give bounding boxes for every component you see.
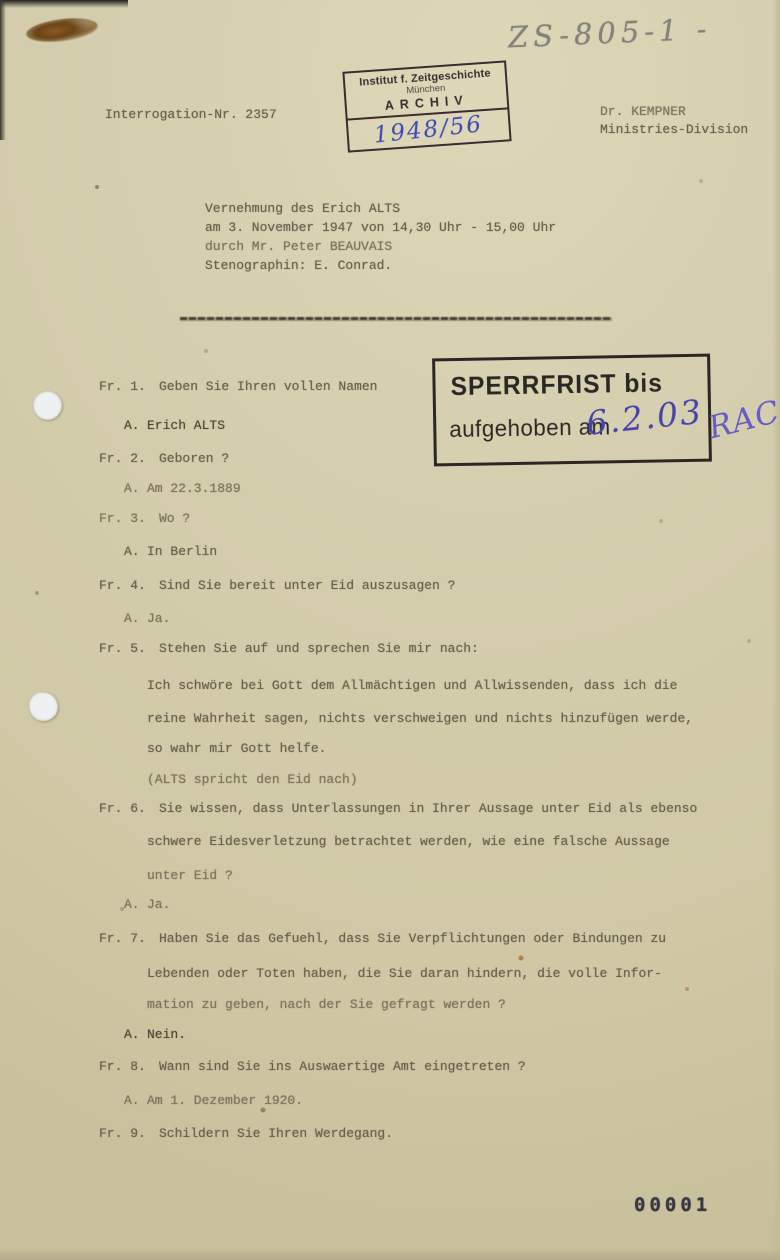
qa-line: A.Ja. bbox=[124, 896, 170, 913]
staple-rust-mark bbox=[25, 15, 99, 46]
sperrfrist-line-1: SPERRFRIST bis bbox=[450, 367, 663, 402]
sperrfrist-stamp: SPERRFRIST bis aufgehoben am 6.2.03 bbox=[432, 354, 712, 467]
archive-stamp: Institut f. Zeitgeschichte München ARCHI… bbox=[342, 60, 511, 152]
divider-line bbox=[180, 317, 612, 320]
scan-edge-bottom bbox=[0, 1248, 780, 1260]
oath-remark: (ALTS spricht den Eid nach) bbox=[147, 771, 358, 788]
question-text: Sie wissen, dass Unterlassungen in Ihrer… bbox=[159, 801, 697, 816]
title-line-1: Vernehmung des Erich ALTS bbox=[205, 200, 556, 219]
question-text: Wann sind Sie ins Auswaertige Amt einget… bbox=[159, 1059, 526, 1074]
answer-label: A. bbox=[124, 543, 147, 560]
shelfmark-handwritten: ZS-805-1 - bbox=[507, 12, 712, 55]
title-line-4: Stenographin: E. Conrad. bbox=[205, 257, 556, 276]
qa-line: Fr. 3.Wo ? bbox=[99, 510, 190, 527]
question-continuation: unter Eid ? bbox=[147, 867, 233, 884]
qa-line: A.Nein. bbox=[124, 1026, 186, 1043]
qa-line: A.Erich ALTS bbox=[124, 417, 225, 434]
answer-text: Am 22.3.1889 bbox=[147, 481, 241, 496]
answer-text: Erich ALTS bbox=[147, 418, 225, 433]
question-text: Geben Sie Ihren vollen Namen bbox=[159, 379, 377, 394]
question-number: Fr. 5. bbox=[99, 640, 159, 657]
qa-line: Fr. 5.Stehen Sie auf und sprechen Sie mi… bbox=[99, 640, 479, 657]
reviewer-initials-handwritten: RAC bbox=[705, 394, 780, 446]
answer-label: A. bbox=[124, 417, 147, 434]
question-continuation: mation zu geben, nach der Sie gefragt we… bbox=[147, 996, 506, 1013]
question-number: Fr. 2. bbox=[99, 450, 159, 467]
question-text: Wo ? bbox=[159, 511, 190, 526]
answer-text: Ja. bbox=[147, 611, 170, 626]
question-text: Geboren ? bbox=[159, 451, 229, 466]
scanned-document-page: ZS-805-1 - Interrogation-Nr. 2357 Dr. KE… bbox=[0, 0, 780, 1260]
qa-line: A.In Berlin bbox=[124, 543, 217, 560]
examiner-division: Ministries-Division bbox=[600, 121, 748, 139]
answer-label: A. bbox=[124, 1026, 147, 1043]
answer-text: Nein. bbox=[147, 1027, 186, 1042]
interrogation-number: Interrogation-Nr. 2357 bbox=[105, 106, 277, 123]
qa-line: Fr. 6.Sie wissen, dass Unterlassungen in… bbox=[99, 800, 697, 817]
answer-label: A. bbox=[124, 610, 147, 627]
page-number-stamp: 00001 bbox=[634, 1194, 711, 1216]
question-number: Fr. 1. bbox=[99, 378, 159, 395]
question-number: Fr. 4. bbox=[99, 577, 159, 594]
question-text: Schildern Sie Ihren Werdegang. bbox=[159, 1126, 393, 1141]
qa-line: A.Ja. bbox=[124, 610, 170, 627]
qa-line: Fr. 2.Geboren ? bbox=[99, 450, 229, 467]
qa-line: A.Am 1. Dezember 1920. bbox=[124, 1092, 303, 1109]
question-number: Fr. 3. bbox=[99, 510, 159, 527]
answer-text: Am 1. Dezember 1920. bbox=[147, 1093, 303, 1108]
question-text: Stehen Sie auf und sprechen Sie mir nach… bbox=[159, 641, 479, 656]
punch-hole-top bbox=[33, 391, 62, 420]
oath-line: so wahr mir Gott helfe. bbox=[147, 740, 326, 757]
answer-label: A. bbox=[124, 1092, 147, 1109]
question-text: Haben Sie das Gefuehl, dass Sie Verpflic… bbox=[159, 931, 666, 946]
answer-label: A. bbox=[124, 480, 147, 497]
oath-line: Ich schwöre bei Gott dem Allmächtigen un… bbox=[147, 677, 678, 694]
title-line-3: durch Mr. Peter BEAUVAIS bbox=[205, 238, 556, 257]
punch-hole-bottom bbox=[29, 692, 58, 721]
qa-line: Fr. 7.Haben Sie das Gefuehl, dass Sie Ve… bbox=[99, 930, 666, 947]
answer-label: A. bbox=[124, 896, 147, 913]
answer-text: In Berlin bbox=[147, 544, 217, 559]
qa-line: Fr. 4.Sind Sie bereit unter Eid auszusag… bbox=[99, 577, 455, 594]
archive-accession-number: 1948/56 bbox=[373, 111, 485, 148]
qa-line: Fr. 8.Wann sind Sie ins Auswaertige Amt … bbox=[99, 1058, 526, 1075]
oath-line: reine Wahrheit sagen, nichts verschweige… bbox=[147, 710, 693, 727]
question-number: Fr. 8. bbox=[99, 1058, 159, 1075]
answer-text: Ja. bbox=[147, 897, 170, 912]
scan-edge-left bbox=[0, 0, 6, 140]
examiner-name: Dr. KEMPNER bbox=[600, 103, 748, 121]
question-number: Fr. 9. bbox=[99, 1125, 159, 1142]
title-line-2: am 3. November 1947 von 14,30 Uhr - 15,0… bbox=[205, 219, 556, 238]
question-number: Fr. 7. bbox=[99, 930, 159, 947]
question-continuation: schwere Eidesverletzung betrachtet werde… bbox=[147, 833, 670, 850]
paper-specks bbox=[0, 0, 2, 2]
question-continuation: Lebenden oder Toten haben, die Sie daran… bbox=[147, 965, 662, 982]
question-number: Fr. 6. bbox=[99, 800, 159, 817]
scan-edge-top bbox=[0, 0, 128, 8]
scan-edge-right bbox=[772, 0, 780, 1260]
qa-line: Fr. 1.Geben Sie Ihren vollen Namen bbox=[99, 378, 377, 395]
qa-line: A.Am 22.3.1889 bbox=[124, 480, 241, 497]
qa-line: Fr. 9.Schildern Sie Ihren Werdegang. bbox=[99, 1125, 393, 1142]
question-text: Sind Sie bereit unter Eid auszusagen ? bbox=[159, 578, 455, 593]
